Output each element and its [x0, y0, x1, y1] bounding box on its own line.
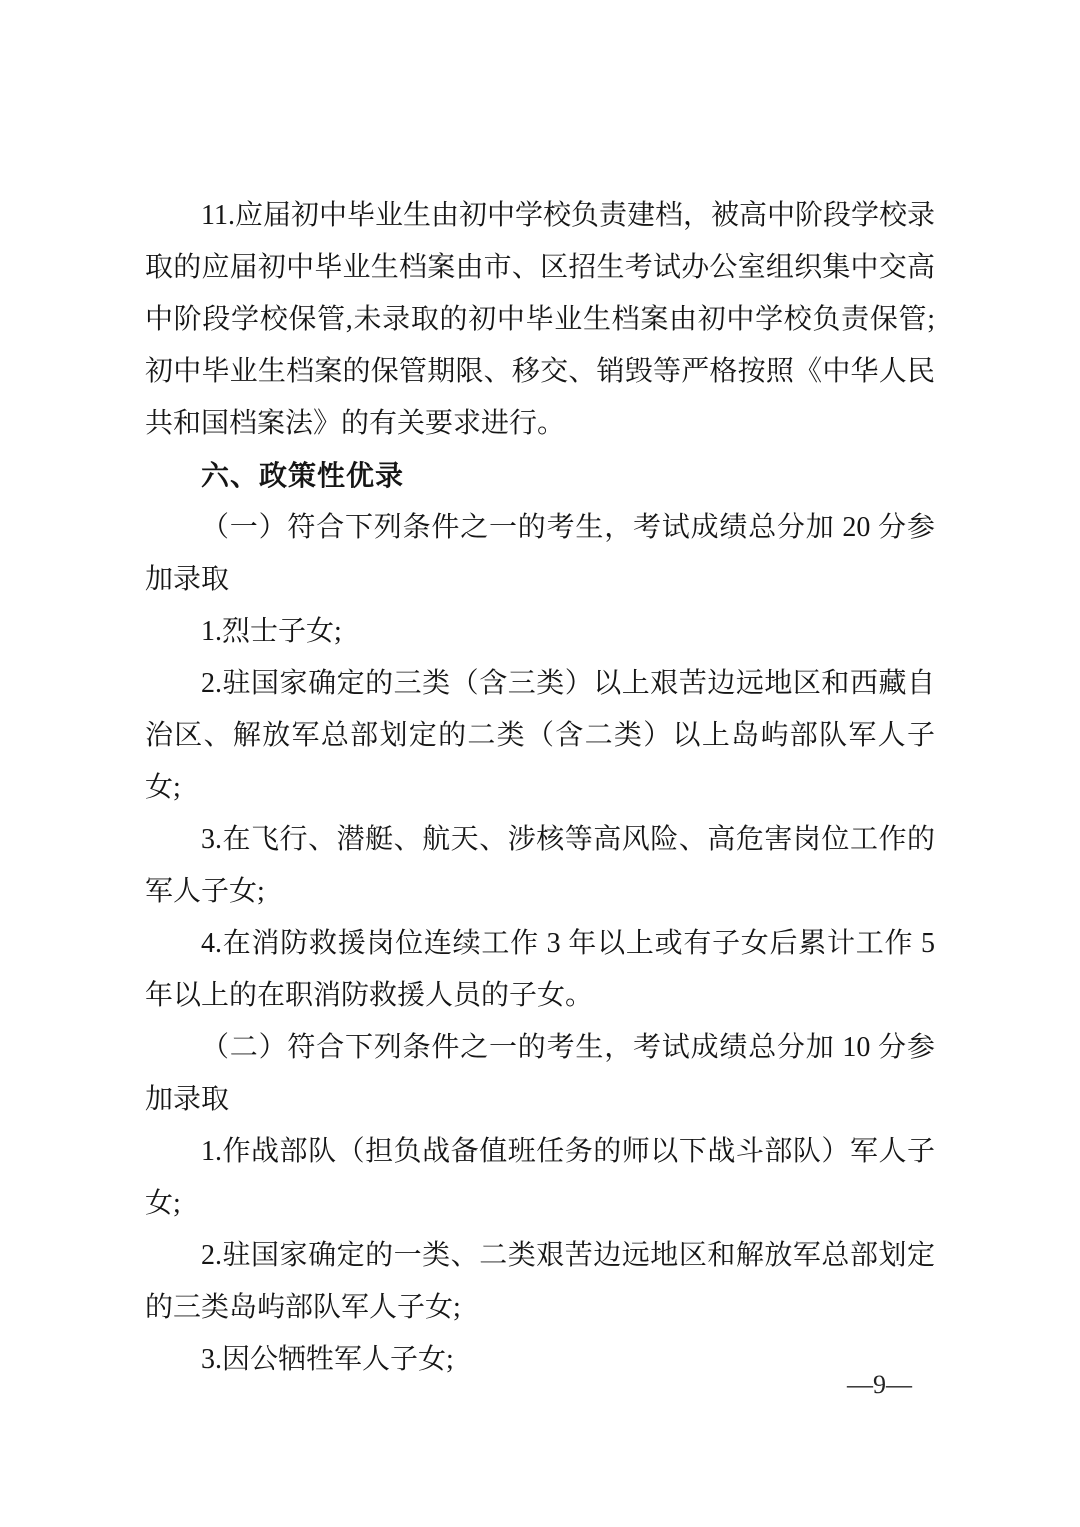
paragraph-bonus-10-item-3: 3.因公牺牲军人子女; — [145, 1334, 935, 1386]
paragraph-bonus-10-item-1: 1.作战部队（担负战备值班任务的师以下战斗部队）军人子女; — [145, 1126, 935, 1230]
document-page: 11.应届初中毕业生由初中学校负责建档，被高中阶段学校录取的应届初中毕业生档案由… — [0, 0, 1080, 1527]
document-body: 11.应届初中毕业生由初中学校负责建档，被高中阶段学校录取的应届初中毕业生档案由… — [145, 190, 935, 1386]
paragraph-bonus-20-item-4: 4.在消防救援岗位连续工作 3 年以上或有子女后累计工作 5 年以上的在职消防救… — [145, 918, 935, 1022]
paragraph-bonus-10-item-2: 2.驻国家确定的一类、二类艰苦边远地区和解放军总部划定的三类岛屿部队军人子女; — [145, 1230, 935, 1334]
paragraph-archive-policy: 11.应届初中毕业生由初中学校负责建档，被高中阶段学校录取的应届初中毕业生档案由… — [145, 190, 935, 450]
section-heading-policy-bonus: 六、政策性优录 — [145, 450, 935, 502]
paragraph-bonus-20-item-2: 2.驻国家确定的三类（含三类）以上艰苦边远地区和西藏自治区、解放军总部划定的二类… — [145, 658, 935, 814]
paragraph-bonus-20-intro: （一）符合下列条件之一的考生，考试成绩总分加 20 分参加录取 — [145, 502, 935, 606]
paragraph-bonus-10-intro: （二）符合下列条件之一的考生，考试成绩总分加 10 分参加录取 — [145, 1022, 935, 1126]
paragraph-bonus-20-item-1: 1.烈士子女; — [145, 606, 935, 658]
paragraph-bonus-20-item-3: 3.在飞行、潜艇、航天、涉核等高风险、高危害岗位工作的军人子女; — [145, 814, 935, 918]
page-number: —9— — [847, 1368, 912, 1402]
